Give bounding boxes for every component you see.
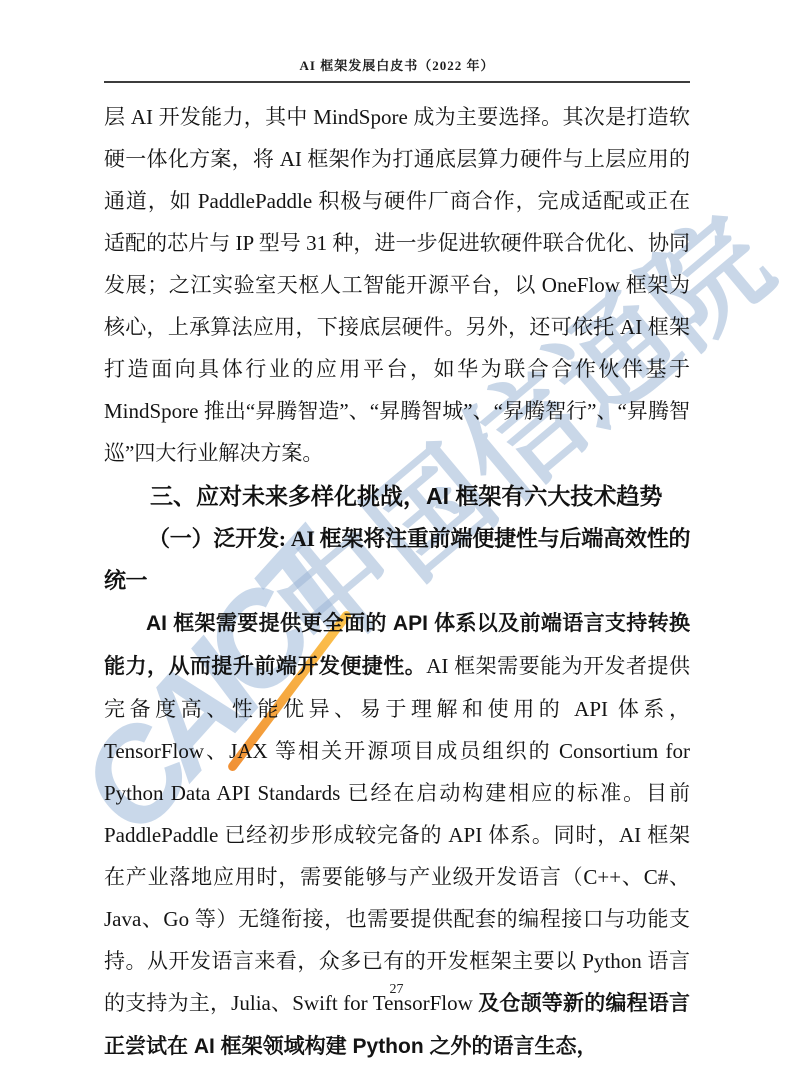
page-header: AI 框架发展白皮书（2022 年）	[104, 55, 690, 83]
paragraph-body: AI 框架需要提供更全面的 API 体系以及前端语言支持转换能力，从而提升前端开…	[104, 602, 690, 1068]
page-footer: 27	[0, 980, 793, 998]
header-title: AI 框架发展白皮书（2022 年）	[104, 55, 690, 74]
paragraph-continuation: 层 AI 开发能力，其中 MindSpore 成为主要选择。其次是打造软硬一体化…	[104, 96, 690, 474]
subsection-heading: （一）泛开发: AI 框架将注重前端便捷性与后端高效性的统一	[104, 518, 690, 602]
paragraph-regular-text: AI 框架需要能为开发者提供完备度高、性能优异、易于理解和使用的 API 体系，…	[104, 654, 690, 1015]
section-heading: 三、应对未来多样化挑战，AI 框架有六大技术趋势	[104, 474, 690, 518]
header-rule	[104, 81, 690, 83]
document-body: 层 AI 开发能力，其中 MindSpore 成为主要选择。其次是打造软硬一体化…	[104, 96, 690, 1068]
page-number: 27	[390, 982, 404, 997]
document-page: CAICT 中国信通院 AI 框架发展白皮书（2022 年） 层 AI 开发能力…	[0, 0, 793, 1077]
